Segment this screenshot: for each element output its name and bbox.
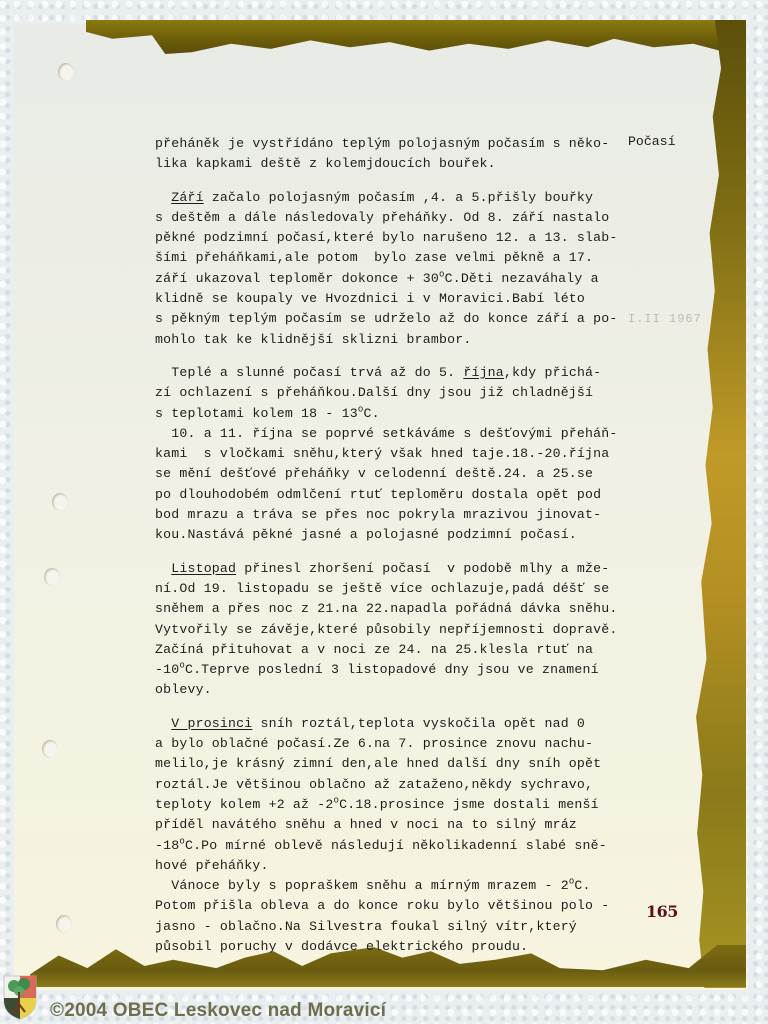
text-line: přeháněk je vystřídáno teplým polojasným… — [155, 134, 625, 154]
punch-hole — [42, 740, 58, 758]
punch-hole — [52, 493, 68, 511]
text-line: mohlo tak ke klidnější sklizni brambor. — [155, 330, 625, 350]
copyright-footer: ©2004 OBEC Leskovec nad Moravicí — [50, 1000, 386, 1022]
text-line: oblevy. — [155, 680, 625, 700]
degree-mark: o — [179, 661, 185, 671]
paragraph-gap — [155, 350, 625, 363]
text-line: roztál.Je většinou oblačno až zataženo,n… — [155, 775, 625, 795]
punch-hole — [58, 63, 74, 81]
text-line: lika kapkami deště z kolemjdoucích bouře… — [155, 154, 625, 174]
degree-mark: o — [358, 404, 364, 414]
text-line: působil poruchy v dodávce elektrického p… — [155, 937, 625, 957]
underlined-month: V prosinci — [171, 716, 252, 731]
degree-mark: o — [439, 269, 445, 279]
text-line: 10. a 11. října se poprvé setkáváme s de… — [155, 424, 625, 444]
text-line: pěkné podzimní počasí,které bylo narušen… — [155, 228, 625, 248]
punch-hole — [56, 915, 72, 933]
text-line: V prosinci sníh roztál,teplota vyskočila… — [155, 714, 625, 734]
text-line: jasno - oblačno.Na Silvestra foukal siln… — [155, 917, 625, 937]
text-line: kami s vločkami sněhu,který však hned ta… — [155, 444, 625, 464]
text-line: se mění dešťové přeháňky v celodenní deš… — [155, 464, 625, 484]
coat-of-arms-tree-icon — [2, 974, 38, 1020]
text-line: s pěkným teplým počasím se udrželo až do… — [155, 309, 625, 329]
text-line: -10oC.Teprve poslední 3 listopadové dny … — [155, 660, 625, 680]
text-line: s teplotami kolem 18 - 13oC. — [155, 404, 625, 424]
text-line: hové přeháňky. — [155, 856, 625, 876]
text-line: s deštěm a dále následovaly přeháňky. Od… — [155, 208, 625, 228]
underlined-month: Září — [171, 190, 203, 205]
faded-stamp: I.II 1967 — [628, 312, 702, 326]
text-line: po dlouhodobém odmlčení rtuť teploměru d… — [155, 485, 625, 505]
text-line: Teplé a slunné počasí trvá až do 5. říjn… — [155, 363, 625, 383]
text-line: Potom přišla obleva a do konce roku bylo… — [155, 896, 625, 916]
text-line: Vánoce byly s popraškem sněhu a mírným m… — [155, 876, 625, 896]
text-line: příděl navátého sněhu a hned v noci na t… — [155, 815, 625, 835]
text-line: Začíná přituhovat a v noci ze 24. na 25.… — [155, 640, 625, 660]
text-line: září ukazoval teploměr dokonce + 30oC.Dě… — [155, 269, 625, 289]
text-line: melilo,je krásný zimní den,ale hned dalš… — [155, 754, 625, 774]
paragraph-gap — [155, 175, 625, 188]
text-line: a bylo oblačné počasí.Ze 6.na 7. prosinc… — [155, 734, 625, 754]
paragraph-gap — [155, 701, 625, 714]
paragraph-gap — [155, 546, 625, 559]
text-line: teploty kolem +2 až -2oC.18.prosince jsm… — [155, 795, 625, 815]
text-line: zí ochlazení s přeháňkou.Další dny jsou … — [155, 383, 625, 403]
text-line: šími přeháňkami,ale potom bylo zase velm… — [155, 248, 625, 268]
text-line: sněhem a přes noc z 21.na 22.napadla poř… — [155, 599, 625, 619]
degree-mark: o — [179, 836, 185, 846]
degree-mark: o — [569, 877, 575, 887]
underlined-month: října — [463, 365, 504, 380]
page-number: 165 — [646, 902, 678, 921]
text-line: Listopad přinesl zhoršení počasí v podob… — [155, 559, 625, 579]
text-line: Září začalo polojasným počasím ,4. a 5.p… — [155, 188, 625, 208]
punch-hole — [44, 568, 60, 586]
text-line: klidně se koupaly ve Hvozdnici i v Morav… — [155, 289, 625, 309]
text-line: ní.Od 19. listopadu se ještě více ochlaz… — [155, 579, 625, 599]
side-heading: Počasí — [628, 134, 675, 149]
degree-mark: o — [334, 796, 340, 806]
text-line: -18oC.Po mírné oblevě následují několika… — [155, 836, 625, 856]
underlined-month: Listopad — [171, 561, 236, 576]
typed-text-body: přeháněk je vystřídáno teplým polojasným… — [155, 134, 625, 957]
text-line: kou.Nastává pěkné jasné a polojasné podz… — [155, 525, 625, 545]
text-line: Vytvořily se závěje,které působily nepří… — [155, 620, 625, 640]
text-line: bod mrazu a tráva se přes noc pokryla mr… — [155, 505, 625, 525]
